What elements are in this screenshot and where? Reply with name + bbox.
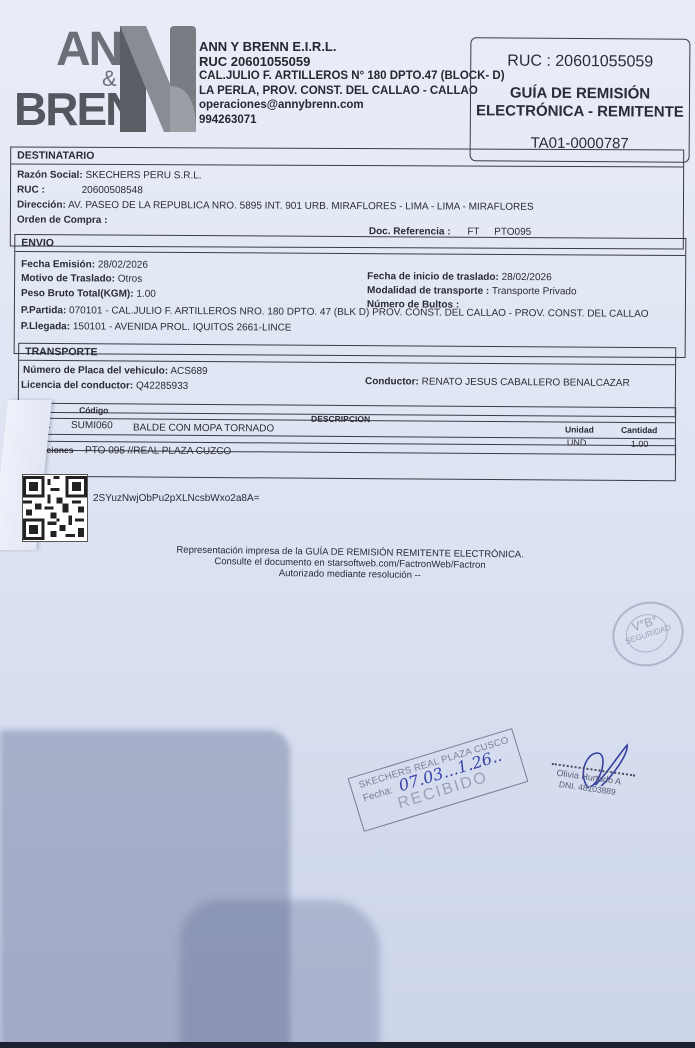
doc-title-line1: GUÍA DE REMISIÓN xyxy=(471,84,689,104)
licencia-conductor: Licencia del conductor: Q42285933 xyxy=(21,380,188,392)
photo-bottom-edge xyxy=(0,1042,695,1048)
label: Fecha Emisión: xyxy=(21,259,95,270)
observaciones-value: PTO 095 //REAL PLAZA CUZCO xyxy=(85,445,231,457)
label: Modalidad de transporte : xyxy=(367,285,489,297)
section-header: ENVIO xyxy=(15,235,685,256)
value: 28/02/2026 xyxy=(98,259,148,270)
value: Otros xyxy=(118,274,143,285)
section-header: DESTINATARIO xyxy=(11,148,683,168)
vb-seguridad-stamp: V°B° SEGURIDAD xyxy=(604,592,692,675)
punto-partida: P.Partida: 070101 - CAL.JULIO F. ARTILLE… xyxy=(21,305,649,320)
col-codigo: Código xyxy=(79,405,108,415)
cell-descripcion: BALDE CON MOPA TORNADO xyxy=(133,422,274,434)
conductor: Conductor: RENATO JESUS CABALLERO BENALC… xyxy=(365,376,630,389)
placa-vehiculo: Número de Placa del vehiculo: ACS689 xyxy=(23,365,208,377)
value: 20600508548 xyxy=(82,185,143,196)
issuer-address-2: LA PERLA, PROV. CONST. DEL CALLAO - CALL… xyxy=(199,84,505,99)
observaciones-section: vaciones PTO 095 //REAL PLAZA CUZCO xyxy=(30,441,676,482)
value: ACS689 xyxy=(170,366,207,377)
photo-shadow xyxy=(180,900,380,1048)
razon-social: Razón Social: SKECHERS PERU S.R.L. xyxy=(17,170,202,182)
fecha-emision: Fecha Emisión: 28/02/2026 xyxy=(21,259,148,271)
value: Transporte Privado xyxy=(492,286,577,298)
doc-title: GUÍA DE REMISIÓN ELECTRÓNICA - REMITENTE xyxy=(471,84,689,122)
footer-legal: Representación impresa de la GUÍA DE REM… xyxy=(150,544,550,583)
issuer-ruc: RUC 20601055059 xyxy=(199,55,505,70)
logo-text-bottom: BREN xyxy=(14,82,136,136)
qr-code-icon xyxy=(22,474,88,542)
logo-n-icon xyxy=(120,26,196,132)
orden-compra: Orden de Compra : xyxy=(17,215,108,226)
value: 150101 - AVENIDA PROL. IQUITOS 2661-LINC… xyxy=(73,321,292,333)
issuer-email: operaciones@annybrenn.com xyxy=(199,98,505,113)
peso-bruto: Peso Bruto Total(KGM): 1.00 xyxy=(21,288,156,300)
label: Peso Bruto Total(KGM): xyxy=(21,288,134,300)
issuer-info: ANN Y BRENN E.I.R.L. RUC 20601055059 CAL… xyxy=(199,40,505,127)
label: Razón Social: xyxy=(17,170,83,181)
doc-ruc: RUC : 20601055059 xyxy=(471,52,689,72)
value: AV. PASEO DE LA REPUBLICA NRO. 5895 INT.… xyxy=(68,200,534,213)
table-row: 1 SUMI060 BALDE CON MOPA TORNADO UND 1.0… xyxy=(31,419,675,439)
label: P.Llegada: xyxy=(21,321,70,332)
label: Conductor: xyxy=(365,376,419,387)
label: Licencia del conductor: xyxy=(21,380,133,392)
envio-section: ENVIO Fecha Emisión: 28/02/2026 Motivo d… xyxy=(14,234,687,358)
company-logo: AN & BREN xyxy=(14,22,196,132)
received-stamp: SKECHERS REAL PLAZA CUSCO Fecha: 07.03..… xyxy=(348,728,529,832)
motivo-traslado: Motivo de Traslado: Otros xyxy=(21,273,142,285)
label: Motivo de Traslado: xyxy=(21,273,115,285)
punto-llegada: P.Llegada: 150101 - AVENIDA PROL. IQUITO… xyxy=(21,321,292,334)
ruc-destinatario: RUC : 20600508548 xyxy=(17,185,143,197)
direccion: Dirección: AV. PASEO DE LA REPUBLICA NRO… xyxy=(17,200,534,213)
signature-block: Olivia Hurtado A DNI. 48103889 xyxy=(546,739,645,821)
doc-title-line2: ELECTRÓNICA - REMITENTE xyxy=(471,102,689,122)
label: RUC : xyxy=(17,185,45,196)
issuer-name: ANN Y BRENN E.I.R.L. xyxy=(199,40,505,55)
label: Orden de Compra : xyxy=(17,215,108,226)
section-header: TRANSPORTE xyxy=(19,344,675,366)
label: P.Partida: xyxy=(21,305,66,316)
label: Número de Placa del vehiculo: xyxy=(23,365,168,377)
value: 1.00 xyxy=(136,289,156,300)
issuer-phone: 994263071 xyxy=(199,113,505,128)
value: 28/02/2026 xyxy=(502,272,552,283)
document-hash: 2SYuzNwjObPu2pXLNcsbWxo2a8A= xyxy=(93,493,259,504)
modalidad-transporte: Modalidad de transporte : Transporte Pri… xyxy=(367,285,577,297)
label: Fecha de inicio de traslado: xyxy=(367,271,499,283)
fecha-inicio-traslado: Fecha de inicio de traslado: 28/02/2026 xyxy=(367,271,552,283)
value: SKECHERS PERU S.R.L. xyxy=(85,170,201,182)
label: Dirección: xyxy=(17,200,66,211)
value: Q42285933 xyxy=(136,381,188,392)
value: 070101 - CAL.JULIO F. ARTILLEROS NRO. 18… xyxy=(69,305,649,320)
value: RENATO JESUS CABALLERO BENALCAZAR xyxy=(422,377,630,389)
document-id-box: RUC : 20601055059 GUÍA DE REMISIÓN ELECT… xyxy=(470,37,691,163)
issuer-address-1: CAL.JULIO F. ARTILLEROS N° 180 DPTO.47 (… xyxy=(199,69,505,84)
cell-codigo: SUMI060 xyxy=(71,420,113,431)
